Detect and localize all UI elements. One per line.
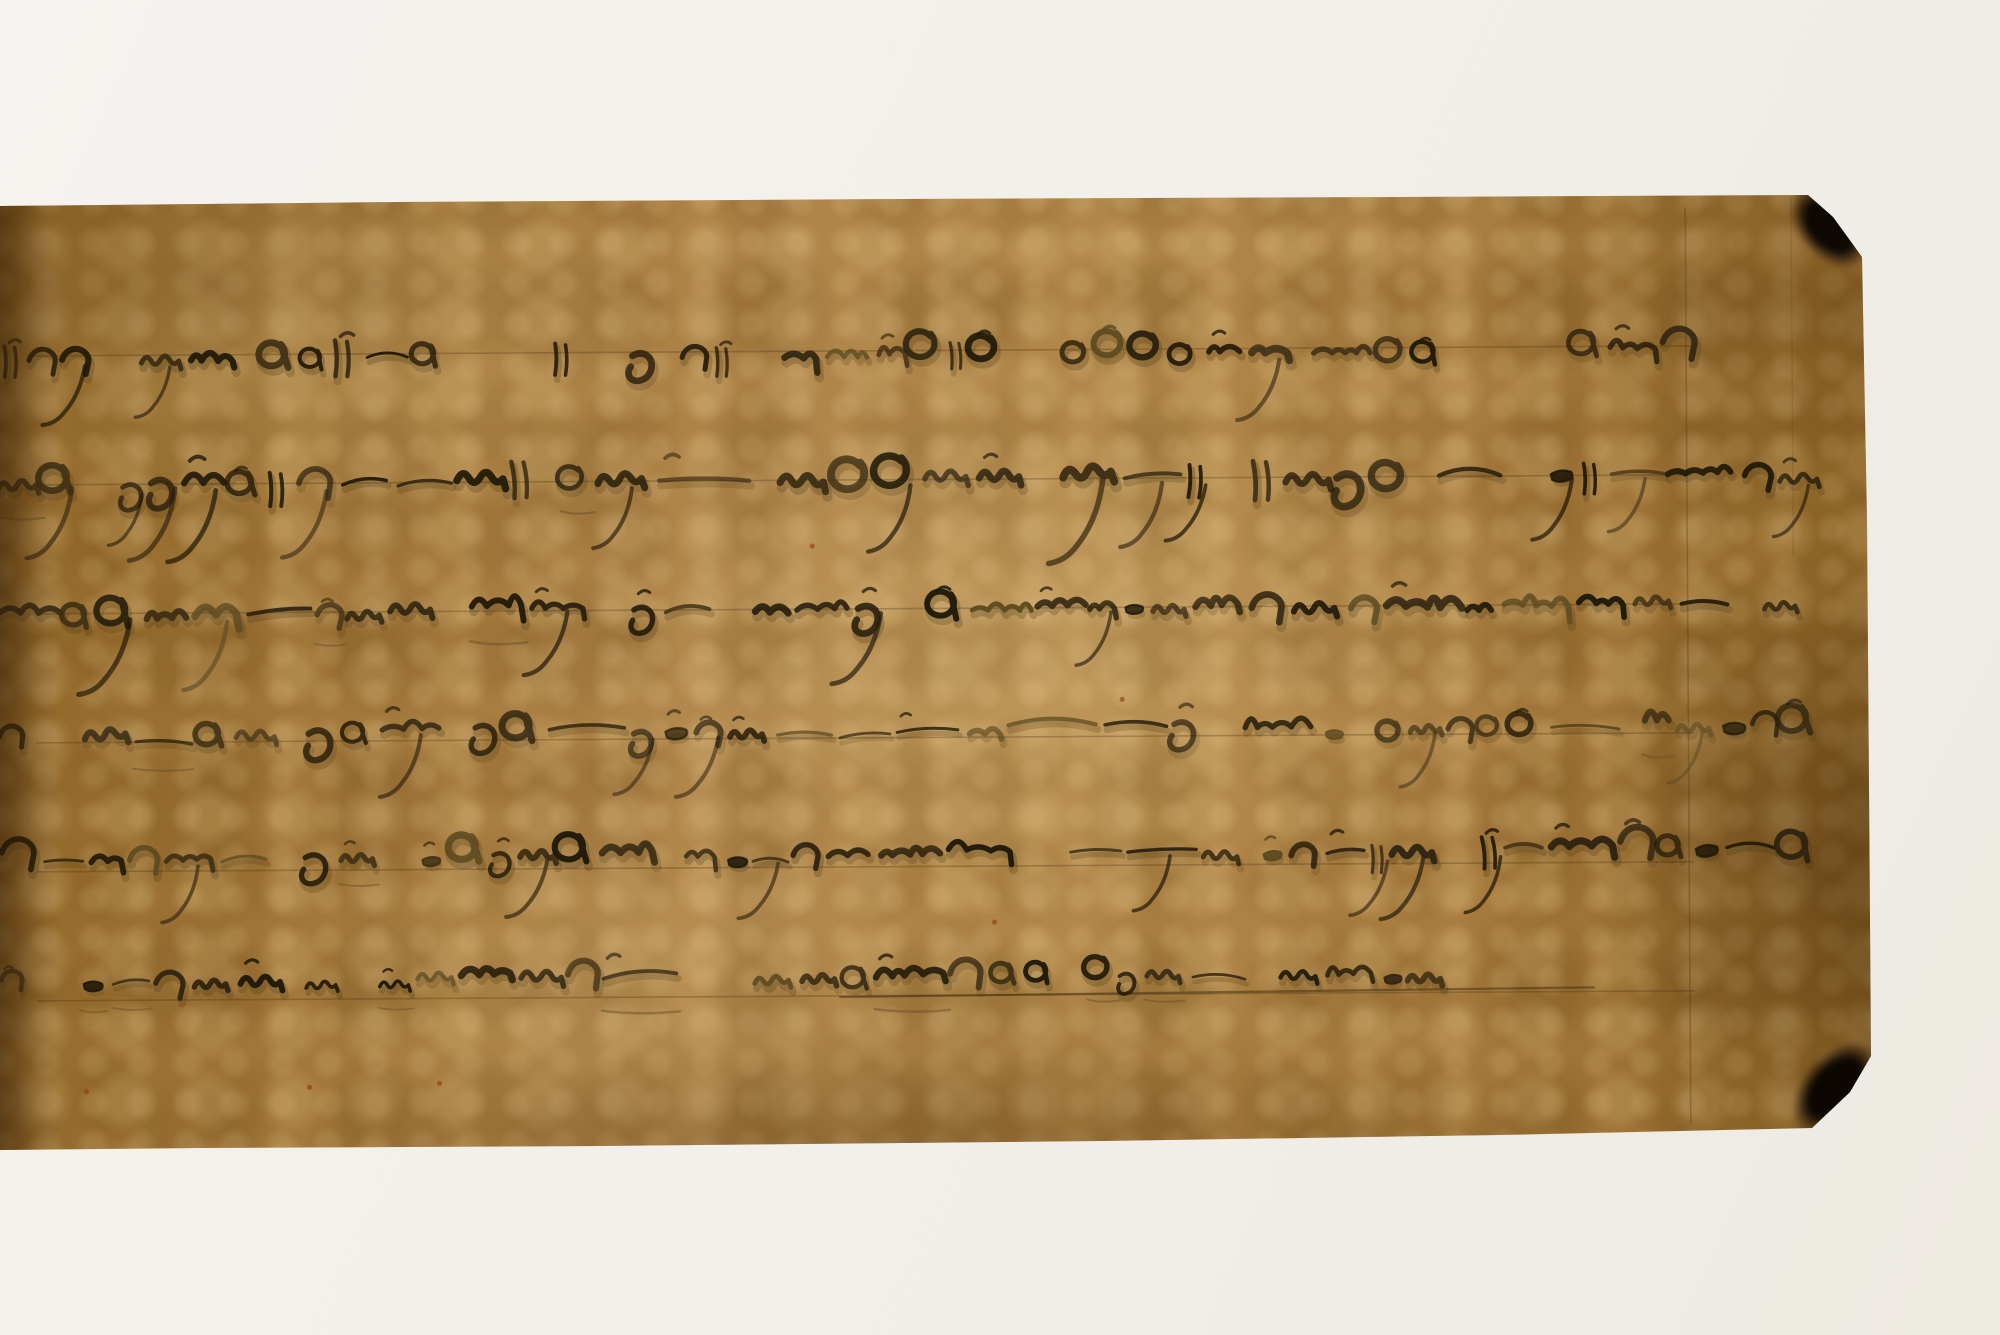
edge-vignette <box>0 0 2000 1335</box>
photo <box>0 0 2000 1335</box>
manuscript-leaf <box>0 0 2000 1335</box>
